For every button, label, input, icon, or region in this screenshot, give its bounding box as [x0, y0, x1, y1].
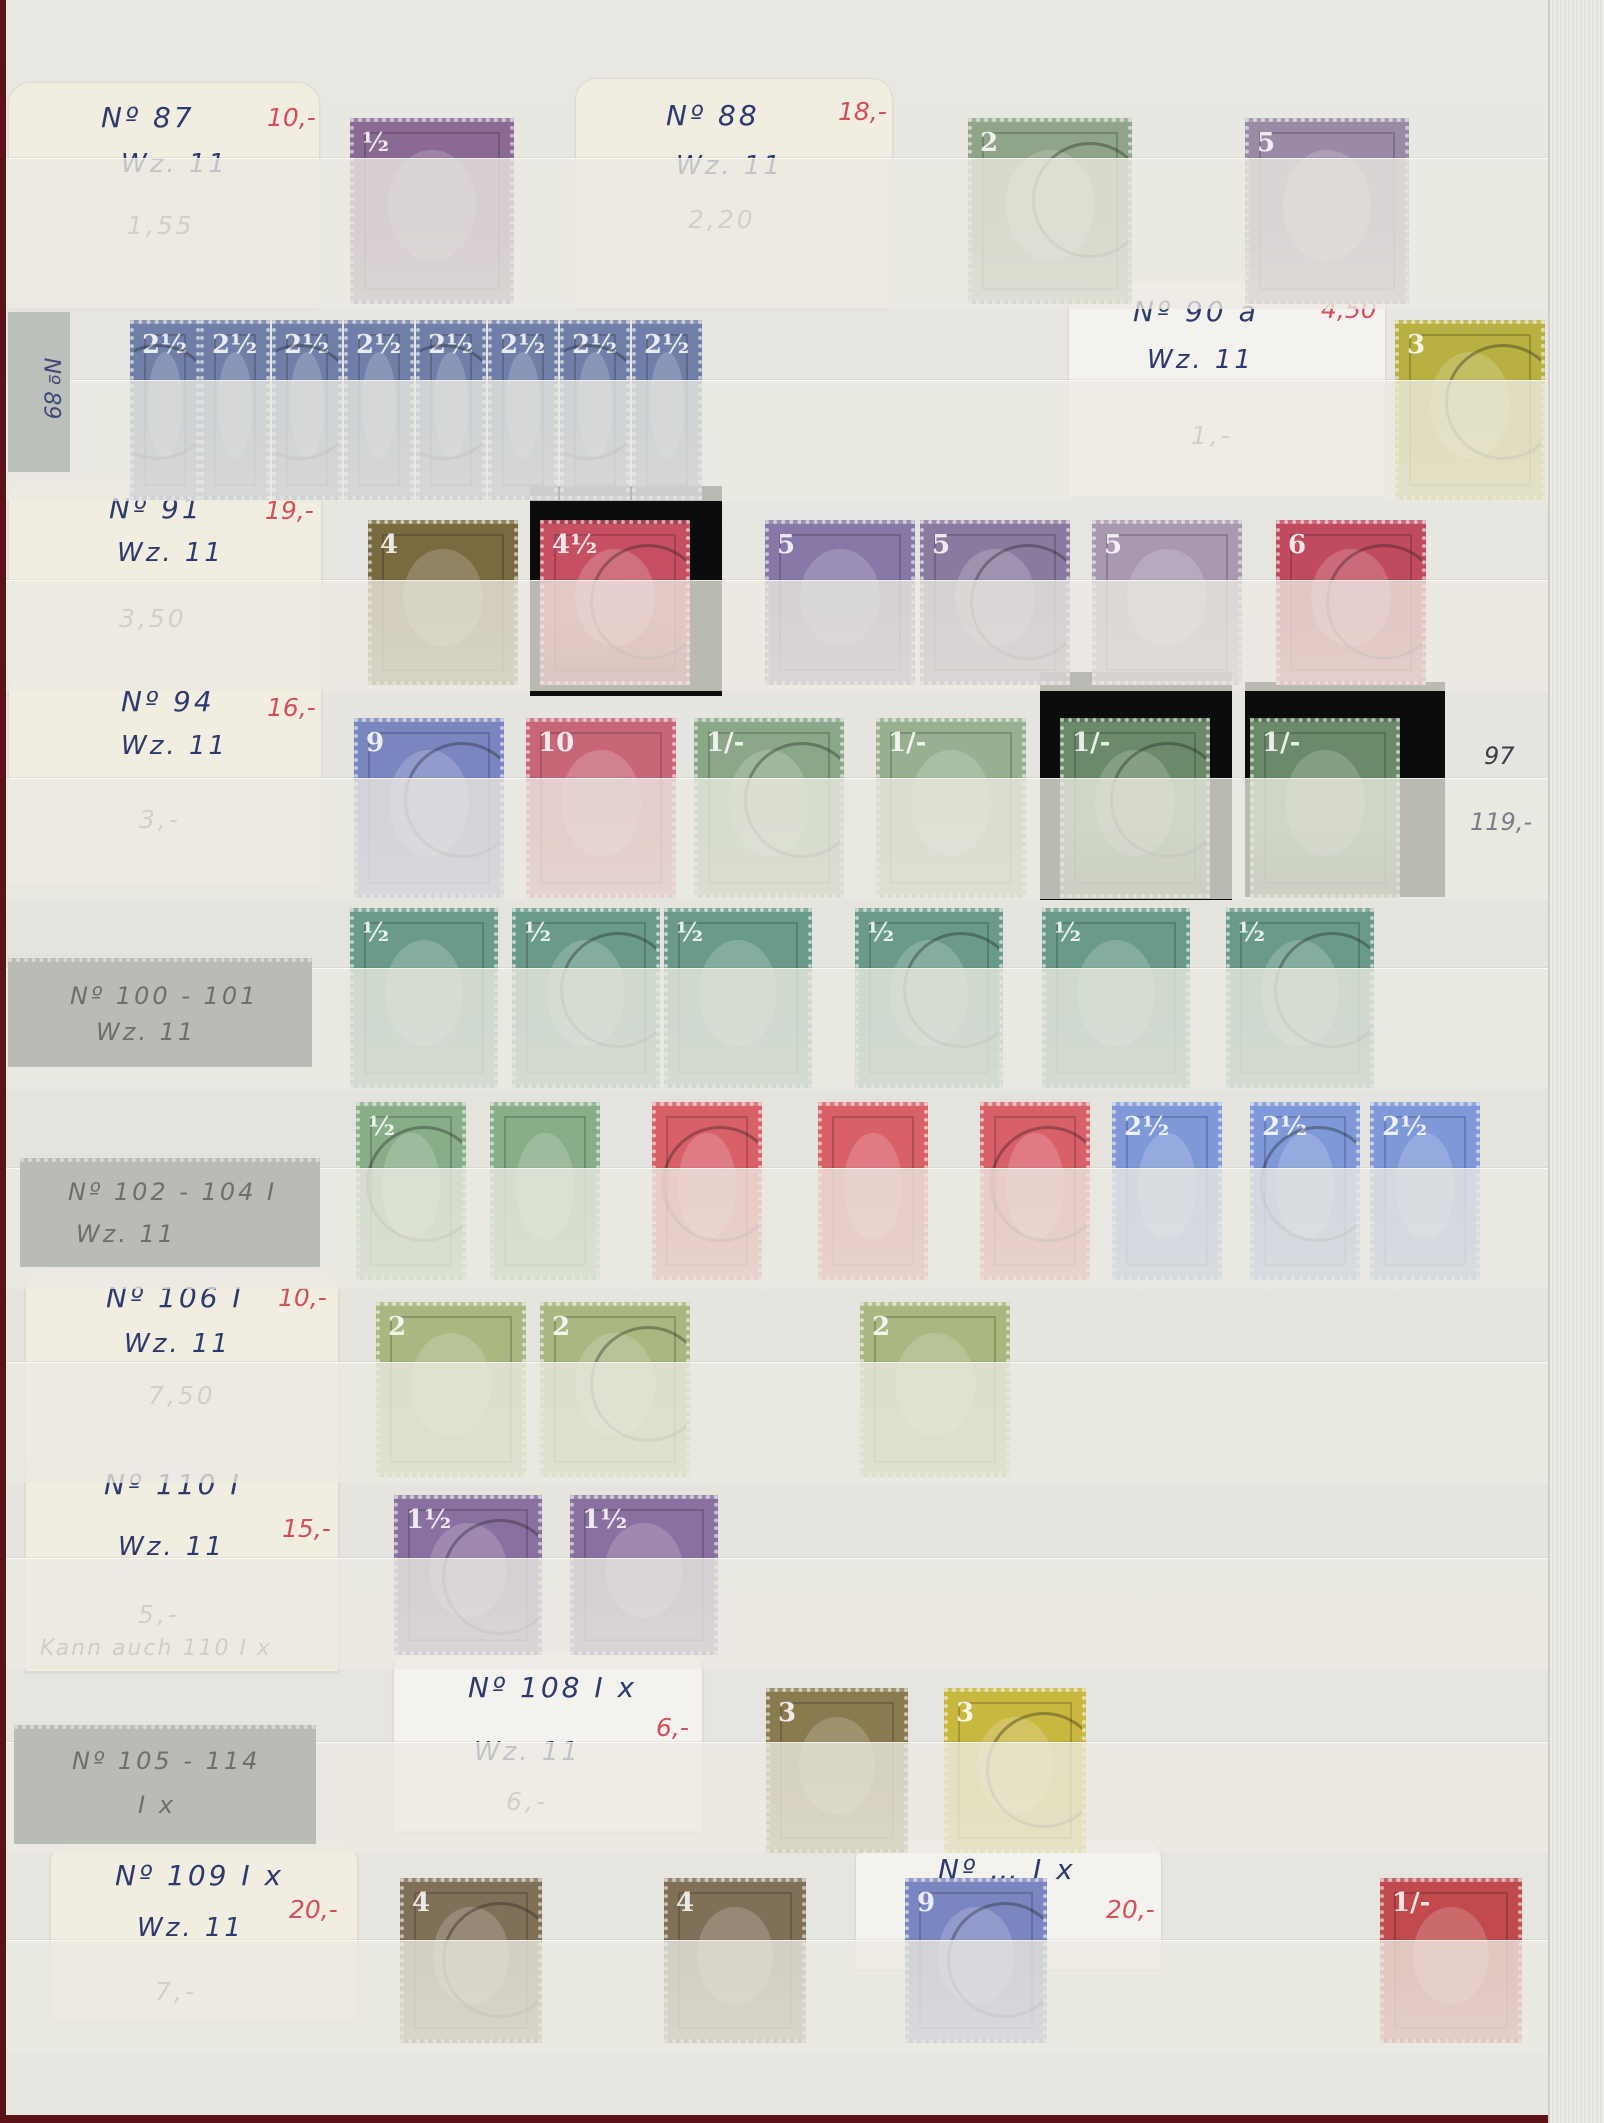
stamp-denomination: 4: [412, 1888, 430, 1918]
catalogue-number: Nº 87: [101, 101, 195, 134]
stamp-denomination: 1/-: [1072, 728, 1110, 758]
stamp-denomination: 1/-: [706, 728, 744, 758]
stamp-denomination: ½: [867, 918, 894, 948]
side-note-number: 97: [1484, 742, 1515, 770]
stamp-denomination: 5: [1257, 128, 1275, 158]
stamp-denomination: 2½: [1124, 1112, 1169, 1142]
side-note-price: 119,-: [1470, 808, 1532, 836]
pocket-strip: [6, 1558, 1548, 1669]
pocket-strip: [6, 1362, 1548, 1483]
tab-line: Wz. 11: [96, 1018, 196, 1046]
vertical-label-tab: Nº 89: [8, 312, 70, 472]
stamp-denomination: 2: [980, 128, 998, 158]
pocket-strip: [6, 158, 1548, 309]
tab-line: I x: [138, 1791, 176, 1819]
pocket-strip: [6, 778, 1548, 899]
stamp-denomination: 5: [932, 530, 950, 560]
stamp-denomination: 4: [380, 530, 398, 560]
stamp-denomination: 2½: [212, 330, 257, 360]
stamp-denomination: 1½: [406, 1505, 451, 1535]
stamp-denomination: ½: [1238, 918, 1265, 948]
grey-label-tab: Nº 105 - 114 I x: [14, 1725, 316, 1844]
stamp-denomination: ½: [676, 918, 703, 948]
stamp-denomination: 2: [552, 1312, 570, 1342]
watermark: Wz. 11: [121, 731, 228, 761]
stamp-denomination: 3: [1407, 330, 1425, 360]
stamp-denomination: 6: [1288, 530, 1306, 560]
grey-label-tab: Nº 100 - 101 Wz. 11: [8, 958, 312, 1067]
sale-price: 10,-: [267, 103, 316, 132]
sale-price: 20,-: [289, 1895, 338, 1924]
stamp-denomination: 2½: [500, 330, 545, 360]
watermark: Wz. 11: [124, 1329, 231, 1359]
stamp-denomination: 1/-: [888, 728, 926, 758]
stamp-denomination: 2: [388, 1312, 406, 1342]
stamp-denomination: 2½: [1382, 1112, 1427, 1142]
stamp-denomination: ½: [362, 128, 389, 158]
stamp-denomination: 5: [1104, 530, 1122, 560]
stamp-denomination: 2½: [356, 330, 401, 360]
stamp-denomination: 1½: [582, 1505, 627, 1535]
watermark: Wz. 11: [117, 538, 224, 568]
vertical-tab-text: Nº 89: [38, 358, 63, 420]
tab-line: Wz. 11: [76, 1220, 176, 1248]
stamp-denomination: 3: [778, 1698, 796, 1728]
stamp-denomination: 1/-: [1392, 1888, 1430, 1918]
stamp-denomination: ½: [362, 918, 389, 948]
stamp-denomination: 10: [538, 728, 574, 758]
catalogue-number: Nº 108 I x: [468, 1671, 637, 1704]
sale-price: 16,-: [267, 693, 316, 722]
stamp-denomination: 4: [676, 1888, 694, 1918]
stamp-denomination: ½: [524, 918, 551, 948]
sale-price: 20,-: [1106, 1895, 1155, 1924]
stamp-denomination: 4½: [552, 530, 597, 560]
stamp-denomination: 9: [917, 1888, 935, 1918]
pocket-strip: [6, 580, 1548, 691]
pocket-strip: [6, 1940, 1548, 2051]
stamp-denomination: 2: [872, 1312, 890, 1342]
grey-label-tab: Nº 102 - 104 I Wz. 11: [20, 1158, 320, 1267]
stockbook-binding: [1548, 0, 1604, 2123]
stamp-denomination: 9: [366, 728, 384, 758]
catalogue-number: Nº 109 I x: [115, 1859, 284, 1892]
sale-price: 6,-: [656, 1713, 689, 1742]
tab-line: Nº 100 - 101: [70, 982, 258, 1010]
stamp-denomination: 5: [777, 530, 795, 560]
sale-price: 15,-: [282, 1514, 331, 1543]
watermark: Wz. 11: [1147, 345, 1254, 375]
watermark: Wz. 11: [137, 1913, 244, 1943]
pocket-strip: [6, 380, 1548, 501]
sale-price: 18,-: [838, 97, 887, 126]
stamp-denomination: 1/-: [1262, 728, 1300, 758]
tab-line: Nº 102 - 104 I: [68, 1178, 277, 1206]
stamp-denomination: 2½: [644, 330, 689, 360]
stamp-denomination: ½: [1054, 918, 1081, 948]
catalogue-number: Nº 88: [666, 99, 760, 132]
tab-line: Nº 105 - 114: [72, 1747, 260, 1775]
stamp-denomination: 3: [956, 1698, 974, 1728]
